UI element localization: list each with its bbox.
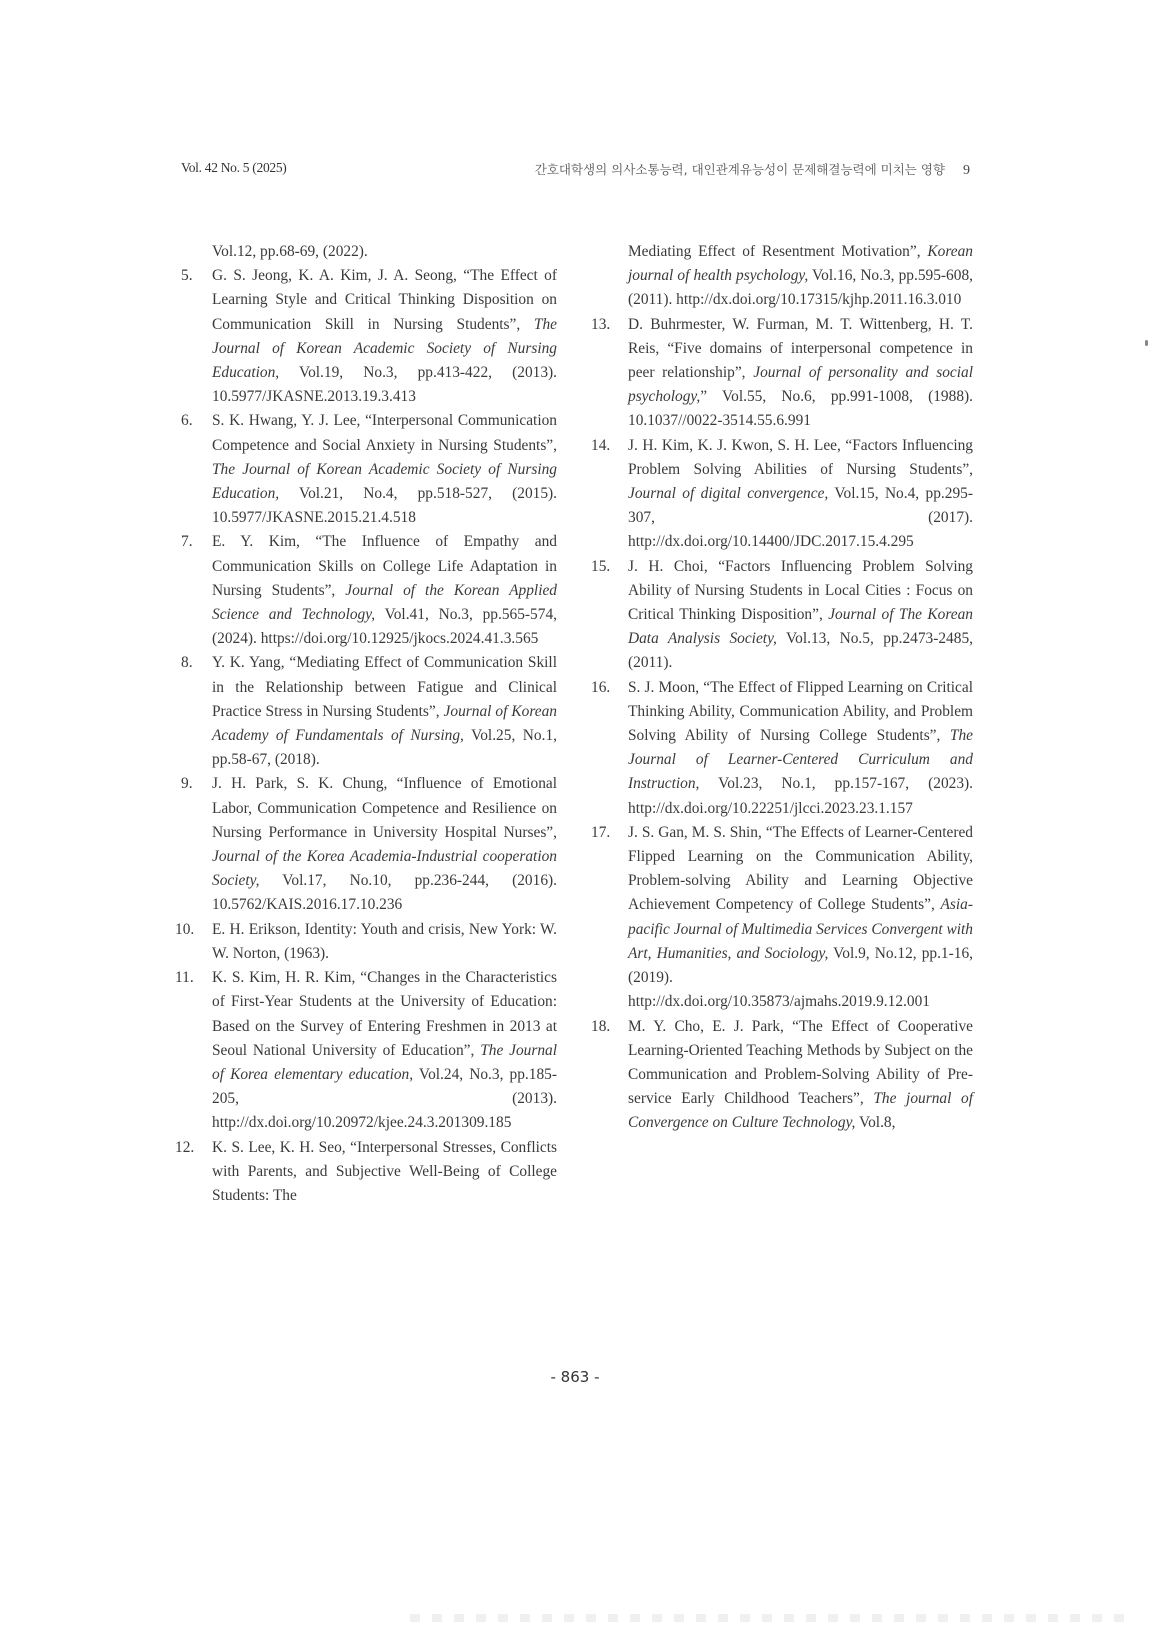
reference-number: 12.: [175, 1136, 194, 1160]
reference-item: 9. J. H. Park, S. K. Chung, “Influence o…: [181, 772, 557, 917]
reference-item: 14. J. H. Kim, K. J. Kwon, S. H. Lee, “F…: [597, 434, 973, 555]
reference-item: 18. M. Y. Cho, E. J. Park, “The Effect o…: [597, 1015, 973, 1136]
reference-authors-title: J. H. Park, S. K. Chung, “Influence of E…: [212, 775, 557, 840]
bleed-through-artifact: [410, 1614, 1130, 1622]
reference-journal: Journal of digital convergence,: [628, 485, 828, 502]
page-footer-number: - 863 -: [0, 1368, 1150, 1386]
reference-number: 7.: [181, 530, 193, 554]
reference-authors-title: G. S. Jeong, K. A. Kim, J. A. Seong, “Th…: [212, 267, 557, 332]
reference-item: 13. D. Buhrmester, W. Furman, M. T. Witt…: [597, 313, 973, 434]
reference-column-right: Mediating Effect of Resentment Motivatio…: [597, 240, 973, 1136]
reference-number: 14.: [591, 434, 610, 458]
running-title-text: 간호대학생의 의사소통능력, 대인관계유능성이 문제해결능력에 미치는 영향: [535, 162, 945, 177]
reference-details: Vol.8,: [855, 1114, 895, 1131]
reference-item: 15. J. H. Choi, “Factors Influencing Pro…: [597, 555, 973, 676]
reference-number: 15.: [591, 555, 610, 579]
reference-item: 7. E. Y. Kim, “The Influence of Empathy …: [181, 530, 557, 651]
reference-number: 9.: [181, 772, 193, 796]
reference-authors-title: J. H. Kim, K. J. Kwon, S. H. Lee, “Facto…: [628, 437, 973, 478]
reference-continuation: Mediating Effect of Resentment Motivatio…: [597, 240, 973, 313]
reference-number: 18.: [591, 1015, 610, 1039]
reference-continuation: Vol.12, pp.68-69, (2022).: [181, 240, 557, 264]
reference-authors-title: J. S. Gan, M. S. Shin, “The Effects of L…: [628, 824, 973, 914]
reference-item: 12. K. S. Lee, K. H. Seo, “Interpersonal…: [181, 1136, 557, 1209]
reference-number: 11.: [175, 966, 194, 990]
scan-edge-mark: [1145, 340, 1148, 346]
reference-authors-title: S. J. Moon, “The Effect of Flipped Learn…: [628, 679, 973, 744]
reference-item: 11. K. S. Kim, H. R. Kim, “Changes in th…: [181, 966, 557, 1135]
volume-issue: Vol. 42 No. 5 (2025): [181, 160, 287, 176]
running-header: Vol. 42 No. 5 (2025) 간호대학생의 의사소통능력, 대인관계…: [181, 160, 970, 182]
header-page-number: 9: [963, 163, 970, 178]
reference-authors-title: S. K. Hwang, Y. J. Lee, “Interpersonal C…: [212, 412, 557, 453]
reference-item: 8. Y. K. Yang, “Mediating Effect of Comm…: [181, 651, 557, 772]
reference-number: 10.: [175, 918, 194, 942]
reference-authors-title: K. S. Lee, K. H. Seo, “Interpersonal Str…: [212, 1139, 557, 1204]
reference-number: 8.: [181, 651, 193, 675]
reference-details: Vol.17, No.10, pp.236-244, (2016). 10.57…: [212, 872, 557, 913]
reference-item: 16. S. J. Moon, “The Effect of Flipped L…: [597, 676, 973, 821]
reference-column-left: Vol.12, pp.68-69, (2022). 5. G. S. Jeong…: [181, 240, 557, 1208]
reference-authors-title: Mediating Effect of Resentment Motivatio…: [628, 243, 927, 260]
reference-item: 6. S. K. Hwang, Y. J. Lee, “Interpersona…: [181, 409, 557, 530]
reference-number: 16.: [591, 676, 610, 700]
reference-authors-title: E. H. Erikson, Identity: Youth and crisi…: [212, 921, 557, 962]
reference-item: 17. J. S. Gan, M. S. Shin, “The Effects …: [597, 821, 973, 1015]
reference-number: 17.: [591, 821, 610, 845]
running-title: 간호대학생의 의사소통능력, 대인관계유능성이 문제해결능력에 미치는 영향9: [535, 160, 970, 179]
reference-number: 5.: [181, 264, 193, 288]
reference-item: 5. G. S. Jeong, K. A. Kim, J. A. Seong, …: [181, 264, 557, 409]
reference-number: 13.: [591, 313, 610, 337]
reference-item: 10. E. H. Erikson, Identity: Youth and c…: [181, 918, 557, 966]
reference-number: 6.: [181, 409, 193, 433]
